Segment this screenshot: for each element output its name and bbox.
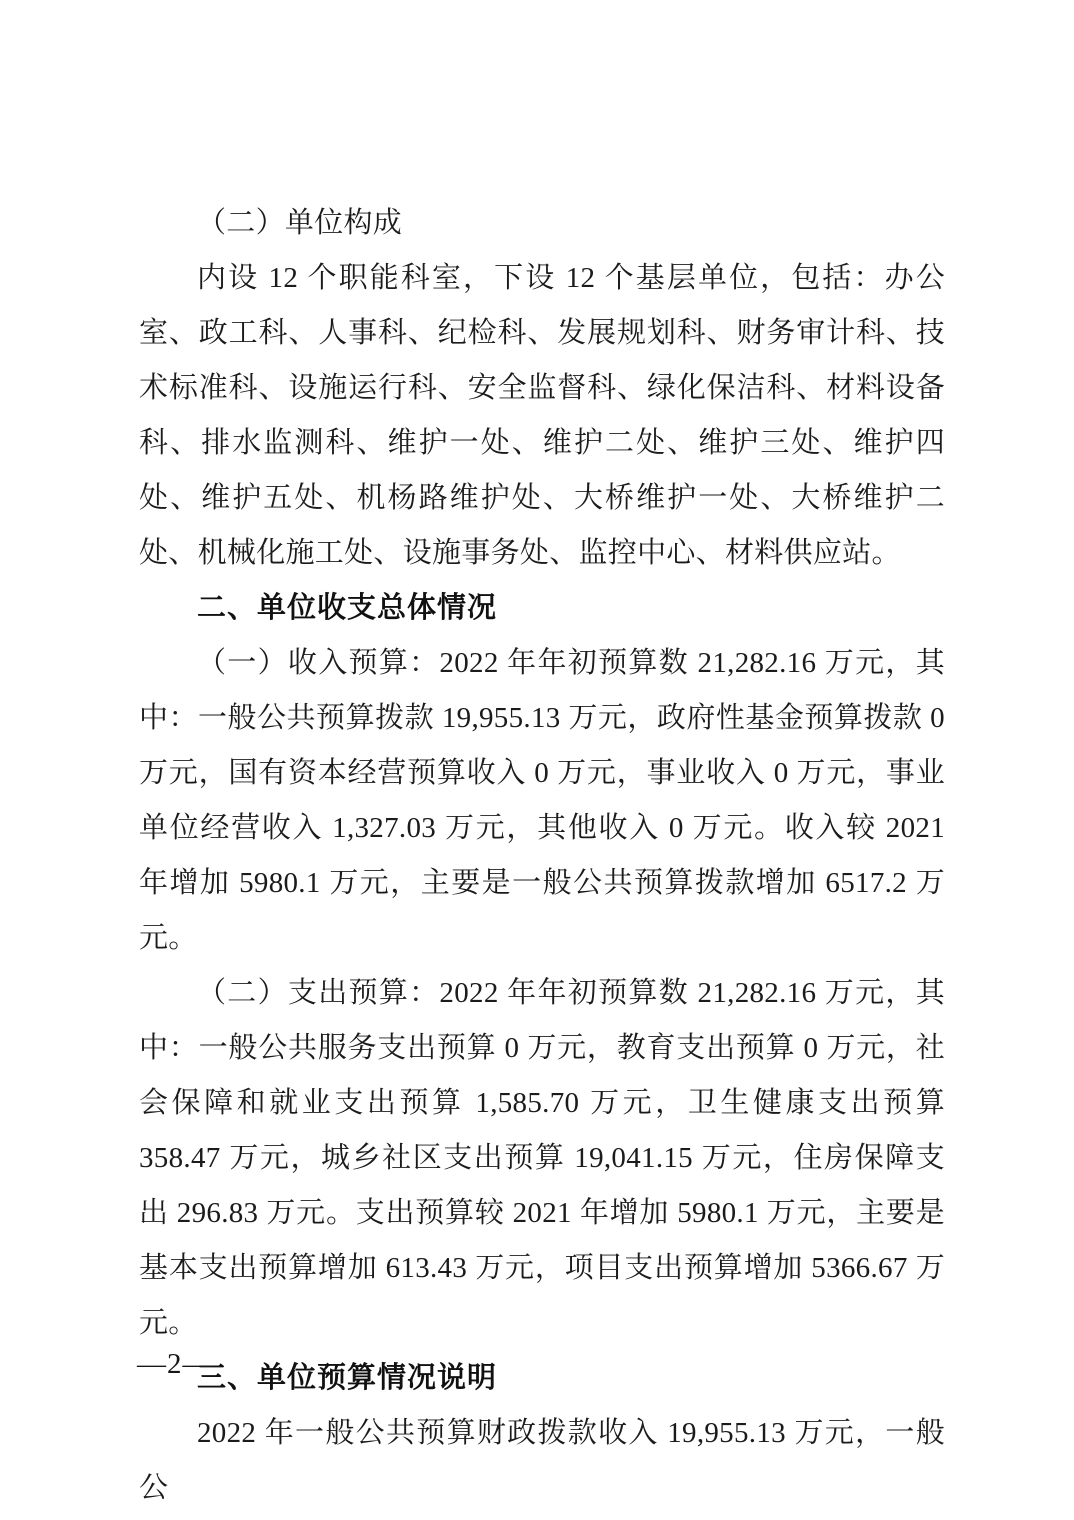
paragraph-expenditure-budget: （二）支出预算：2022 年年初预算数 21,282.16 万元，其中：一般公共…	[139, 966, 945, 1351]
paragraph-unit-composition: 内设 12 个职能科室，下设 12 个基层单位，包括：办公室、政工科、人事科、纪…	[139, 251, 945, 581]
paragraph-budget-explanation-intro: 2022 年一般公共预算财政拨款收入 19,955.13 万元，一般公	[139, 1406, 945, 1516]
subsection-unit-composition-title: （二）单位构成	[139, 196, 945, 251]
page-number: —2—	[137, 1348, 213, 1380]
section-heading-revenue-expenditure-overview: 二、单位收支总体情况	[139, 581, 945, 636]
section-heading-budget-explanation: 三、单位预算情况说明	[139, 1351, 945, 1406]
document-body: （二）单位构成 内设 12 个职能科室，下设 12 个基层单位，包括：办公室、政…	[139, 196, 945, 1516]
document-page: （二）单位构成 内设 12 个职能科室，下设 12 个基层单位，包括：办公室、政…	[0, 0, 1074, 1520]
paragraph-revenue-budget: （一）收入预算：2022 年年初预算数 21,282.16 万元，其中：一般公共…	[139, 636, 945, 966]
